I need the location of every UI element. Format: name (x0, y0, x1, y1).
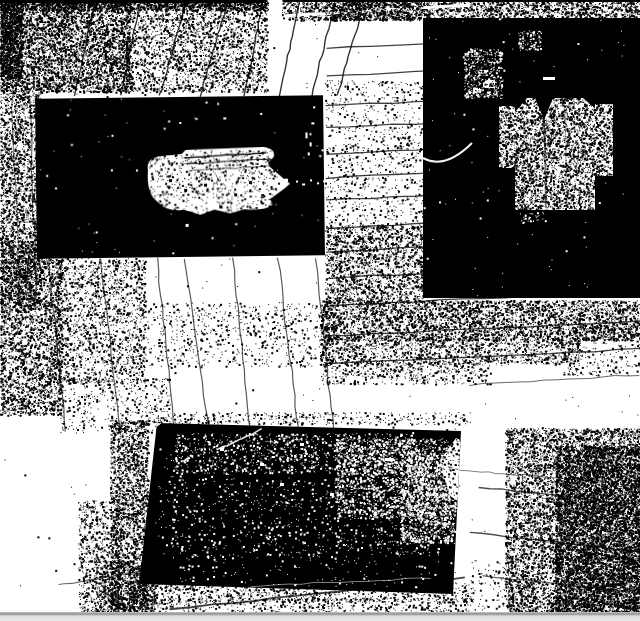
photo-garment-flat (33, 92, 327, 262)
scanner-edge-bar (0, 612, 640, 621)
photo-shirt-hanging (423, 18, 640, 299)
photo-dark-bordered (100, 408, 500, 616)
scanned-document-page (0, 0, 640, 621)
